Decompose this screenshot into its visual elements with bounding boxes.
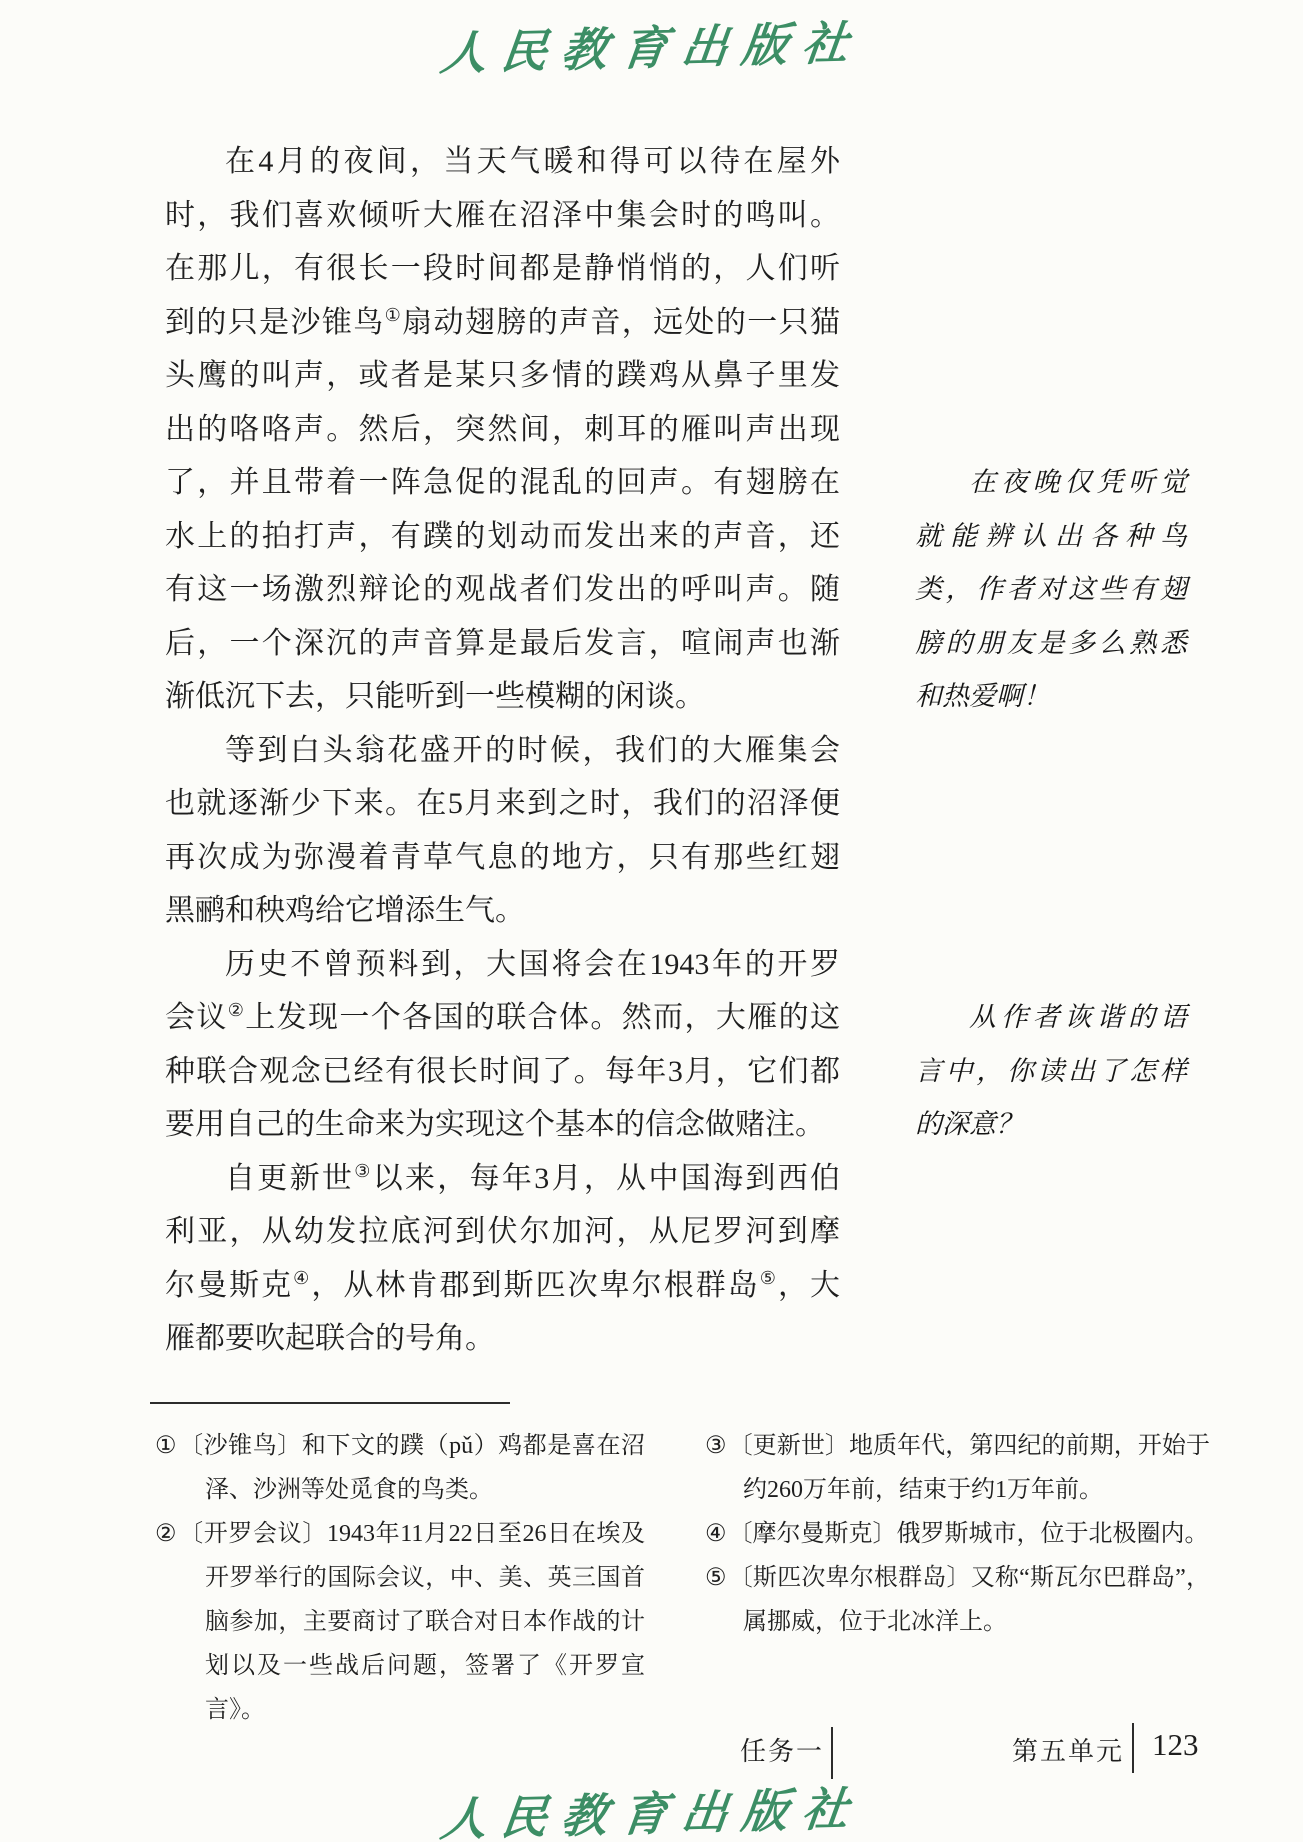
margin-note-line: 膀的朋友是多么熟悉 <box>915 617 1187 671</box>
footnote-item: ③〔更新世〕地质年代，第四纪的前期，开始于约260万年前，结束于约1万年前。 <box>705 1424 1210 1512</box>
body-line: 种联合观念已经有很长时间了。每年3月，它们都 <box>165 1045 840 1099</box>
footnote-item: ①〔沙锥鸟〕和下文的蹼（pǔ）鸡都是喜在沼泽、沙洲等处觅食的鸟类。 <box>155 1424 645 1512</box>
body-line: 有这一场激烈辩论的观战者们发出的呼叫声。随 <box>165 563 840 617</box>
footnote-divider <box>150 1402 510 1404</box>
margin-note-listening: 在夜晚仅凭听觉 就能辨认出各种鸟 类，作者对这些有翅 膀的朋友是多么熟悉 和热爱… <box>915 456 1187 724</box>
body-line: 时，我们喜欢倾听大雁在沼泽中集会时的鸣叫。 <box>165 189 840 243</box>
body-line: 再次成为弥漫着青草气息的地方，只有那些红翅 <box>165 831 840 885</box>
body-line: 在4月的夜间，当天气暖和得可以待在屋外 <box>165 135 840 189</box>
textbook-page: 人民教育出版社 在4月的夜间，当天气暖和得可以待在屋外 时，我们喜欢倾听大雁在沼… <box>0 0 1303 1842</box>
footnote-item: ②〔开罗会议〕1943年11月22日至26日在埃及开罗举行的国际会议，中、美、英… <box>155 1512 645 1732</box>
body-line: 等到白头翁花盛开的时候，我们的大雁集会 <box>165 724 840 778</box>
body-line: 头鹰的叫声，或者是某只多情的蹼鸡从鼻子里发 <box>165 349 840 403</box>
body-line: 后，一个深沉的声音算是最后发言，喧闹声也渐 <box>165 617 840 671</box>
footnote-marker: ④ <box>705 1521 727 1547</box>
footnotes-right-column: ③〔更新世〕地质年代，第四纪的前期，开始于约260万年前，结束于约1万年前。 ④… <box>705 1424 1210 1644</box>
footnote-text: 〔更新世〕地质年代，第四纪的前期，开始于约260万年前，结束于约1万年前。 <box>729 1433 1210 1503</box>
footnotes-left-column: ①〔沙锥鸟〕和下文的蹼（pǔ）鸡都是喜在沼泽、沙洲等处觅食的鸟类。 ②〔开罗会议… <box>155 1424 645 1732</box>
footnote-item: ④〔摩尔曼斯克〕俄罗斯城市，位于北极圈内。 <box>705 1512 1210 1556</box>
footer-divider <box>1132 1723 1134 1773</box>
body-line: 会议②上发现一个各国的联合体。然而，大雁的这 <box>165 991 840 1045</box>
margin-note-line: 就能辨认出各种鸟 <box>915 510 1187 564</box>
margin-note-line: 言中，你读出了怎样 <box>915 1045 1187 1099</box>
footer-page-number: 123 <box>1152 1727 1199 1763</box>
body-line: 要用自己的生命来为实现这个基本的信念做赌注。 <box>165 1098 840 1152</box>
body-line: 历史不曾预料到，大国将会在1943年的开罗 <box>165 938 840 992</box>
publisher-logo-text: 人民教育出版社 <box>437 7 866 84</box>
body-line: 尔曼斯克④，从林肯郡到斯匹次卑尔根群岛⑤，大 <box>165 1259 840 1313</box>
body-line: 利亚，从幼发拉底河到伏尔加河，从尼罗河到摩 <box>165 1205 840 1259</box>
footnote-marker: ⑤ <box>705 1565 727 1591</box>
publisher-logo-bottom: 人民教育出版社 <box>0 1778 1303 1842</box>
footnote-marker: ① <box>155 1433 177 1459</box>
body-line: 自更新世③以来，每年3月，从中国海到西伯 <box>165 1152 840 1206</box>
body-line: 渐低沉下去，只能听到一些模糊的闲谈。 <box>165 670 840 724</box>
body-line: 也就逐渐少下来。在5月来到之时，我们的沼泽便 <box>165 777 840 831</box>
margin-note-line: 类，作者对这些有翅 <box>915 563 1187 617</box>
margin-note-line: 和热爱啊！ <box>915 670 1187 724</box>
body-line: 了，并且带着一阵急促的混乱的回声。有翅膀在 <box>165 456 840 510</box>
margin-note-line: 从作者诙谐的语 <box>915 991 1187 1045</box>
body-text-column: 在4月的夜间，当天气暖和得可以待在屋外 时，我们喜欢倾听大雁在沼泽中集会时的鸣叫… <box>165 135 840 1366</box>
body-line: 到的只是沙锥鸟①扇动翅膀的声音，远处的一只猫 <box>165 296 840 350</box>
footer-unit-label: 第五单元 <box>1012 1731 1124 1768</box>
publisher-logo-top: 人民教育出版社 <box>0 12 1303 78</box>
publisher-logo-text: 人民教育出版社 <box>437 1773 866 1842</box>
footnote-marker: ② <box>155 1521 177 1547</box>
margin-note-line: 的深意？ <box>915 1098 1187 1152</box>
footer-task-label: 任务一 <box>740 1731 824 1768</box>
footer-divider <box>831 1727 833 1779</box>
footnote-text: 〔斯匹次卑尔根群岛〕又称“斯瓦尔巴群岛”，属挪威，位于北冰洋上。 <box>729 1565 1210 1635</box>
footnote-marker: ③ <box>705 1433 727 1459</box>
body-line: 出的咯咯声。然后，突然间，刺耳的雁叫声出现 <box>165 403 840 457</box>
body-line: 黑鹂和秧鸡给它增添生气。 <box>165 884 840 938</box>
margin-note-line: 在夜晚仅凭听觉 <box>915 456 1187 510</box>
footnote-text: 〔摩尔曼斯克〕俄罗斯城市，位于北极圈内。 <box>729 1521 1209 1547</box>
margin-note-humor-question: 从作者诙谐的语 言中，你读出了怎样 的深意？ <box>915 991 1187 1152</box>
body-line: 雁都要吹起联合的号角。 <box>165 1312 840 1366</box>
footnote-item: ⑤〔斯匹次卑尔根群岛〕又称“斯瓦尔巴群岛”，属挪威，位于北冰洋上。 <box>705 1556 1210 1644</box>
footnote-text: 〔开罗会议〕1943年11月22日至26日在埃及开罗举行的国际会议，中、美、英三… <box>179 1521 645 1723</box>
footnote-text: 〔沙锥鸟〕和下文的蹼（pǔ）鸡都是喜在沼泽、沙洲等处觅食的鸟类。 <box>179 1433 645 1503</box>
body-line: 水上的拍打声，有蹼的划动而发出来的声音，还 <box>165 510 840 564</box>
body-line: 在那儿，有很长一段时间都是静悄悄的，人们听 <box>165 242 840 296</box>
